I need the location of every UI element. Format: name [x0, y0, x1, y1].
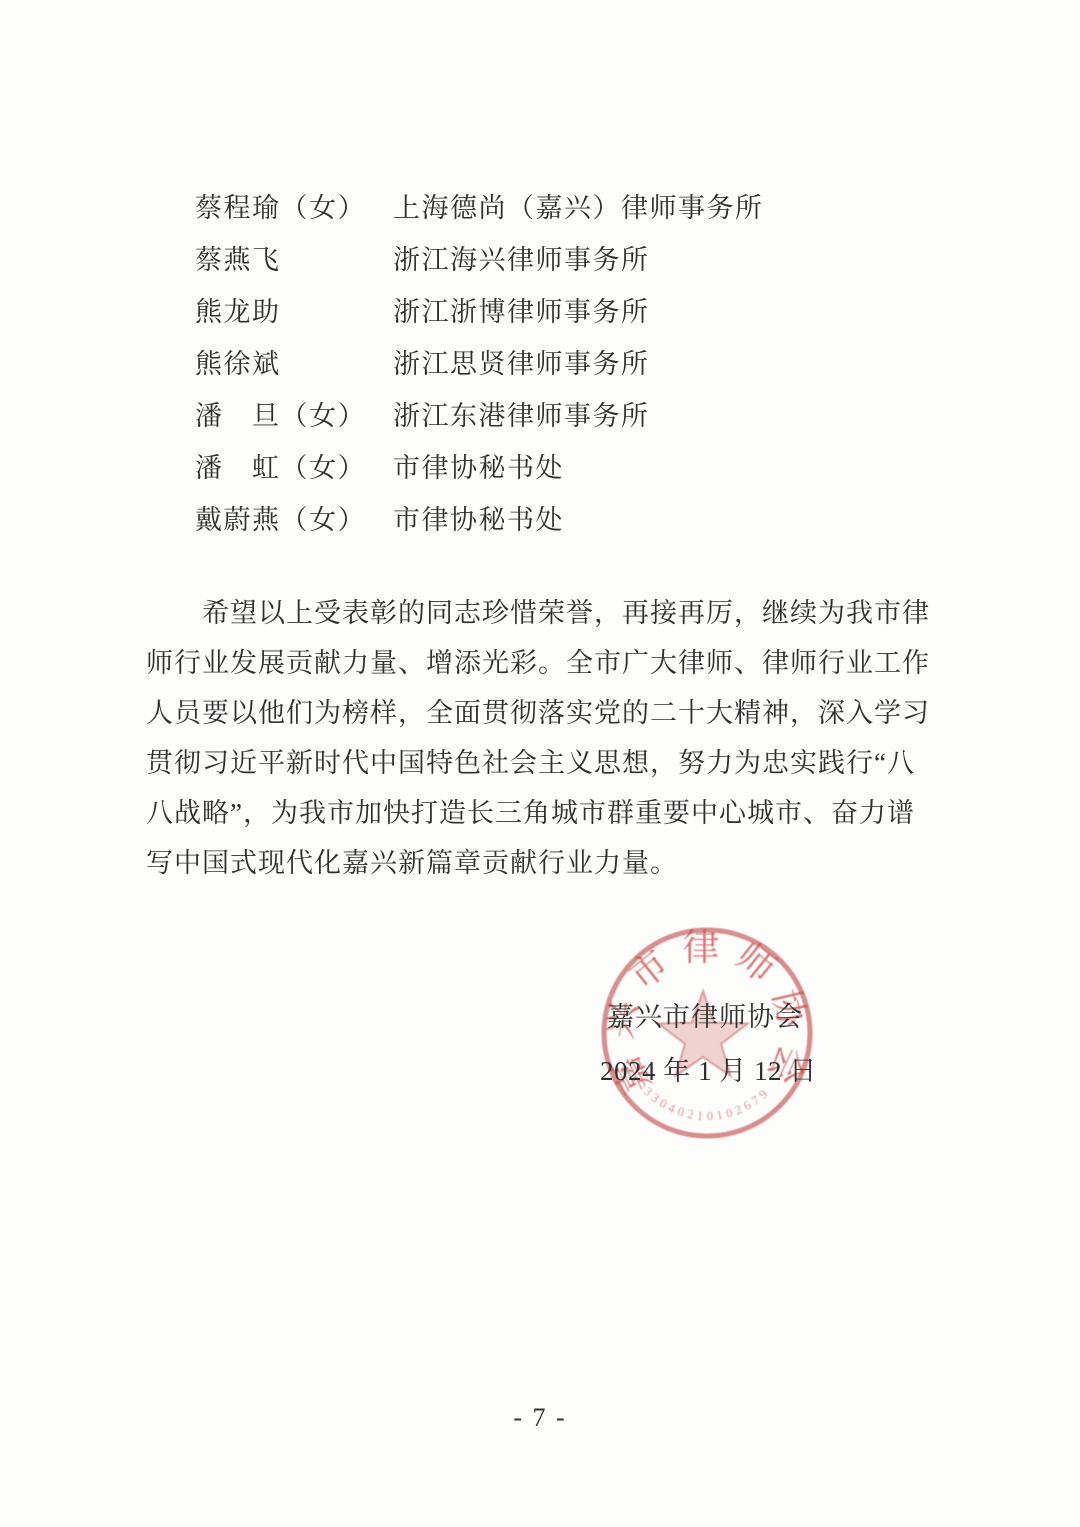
person-name: 潘 旦（女） — [195, 390, 393, 442]
roster-row: 蔡程瑜（女） 上海德尚（嘉兴）律师事务所 — [195, 182, 764, 234]
person-name: 蔡程瑜（女） — [195, 182, 393, 234]
paragraph-line: 贯彻习近平新时代中国特色社会主义思想，努力为忠实践行“八 — [146, 738, 946, 788]
law-firm: 市律协秘书处 — [393, 442, 564, 494]
person-name: 蔡燕飞 — [195, 234, 393, 286]
law-firm: 市律协秘书处 — [393, 494, 564, 546]
roster-row: 戴蔚燕（女） 市律协秘书处 — [195, 494, 764, 546]
law-firm: 浙江东港律师事务所 — [393, 390, 650, 442]
page-number: - 7 - — [0, 1402, 1080, 1434]
person-name: 熊徐斌 — [195, 338, 393, 390]
signature-organization: 嘉兴市律师协会 — [607, 1000, 803, 1034]
paragraph-line: 师行业发展贡献力量、增添光彩。全市广大律师、律师行业工作 — [146, 638, 946, 688]
closing-paragraph: 希望以上受表彰的同志珍惜荣誉，再接再厉，继续为我市律 师行业发展贡献力量、增添光… — [146, 588, 946, 888]
paragraph-line: 八战略”，为我市加快打造长三角城市群重要中心城市、奋力谱 — [146, 788, 946, 838]
paragraph-line: 人员要以他们为榜样，全面贯彻落实党的二十大精神，深入学习 — [146, 688, 946, 738]
roster-row: 蔡燕飞 浙江海兴律师事务所 — [195, 234, 764, 286]
law-firm: 上海德尚（嘉兴）律师事务所 — [393, 182, 764, 234]
roster-row: 潘 虹（女） 市律协秘书处 — [195, 442, 764, 494]
roster-row: 熊徐斌 浙江思贤律师事务所 — [195, 338, 764, 390]
law-firm: 浙江浙博律师事务所 — [393, 286, 650, 338]
roster-row: 潘 旦（女） 浙江东港律师事务所 — [195, 390, 764, 442]
paragraph-line: 写中国式现代化嘉兴新篇章贡献行业力量。 — [146, 838, 946, 888]
person-name: 熊龙助 — [195, 286, 393, 338]
document-page: 蔡程瑜（女） 上海德尚（嘉兴）律师事务所 蔡燕飞 浙江海兴律师事务所 熊龙助 浙… — [0, 0, 1080, 1527]
person-name: 潘 虹（女） — [195, 442, 393, 494]
seal-serial-number: 33040210102679 — [641, 1084, 773, 1123]
person-name: 戴蔚燕（女） — [195, 494, 393, 546]
paragraph-line: 希望以上受表彰的同志珍惜荣誉，再接再厉，继续为我市律 — [146, 588, 946, 638]
law-firm: 浙江海兴律师事务所 — [393, 234, 650, 286]
law-firm: 浙江思贤律师事务所 — [393, 338, 650, 390]
signature-date: 2024 年 1 月 12 日 — [600, 1053, 817, 1089]
roster-row: 熊龙助 浙江浙博律师事务所 — [195, 286, 764, 338]
award-roster: 蔡程瑜（女） 上海德尚（嘉兴）律师事务所 蔡燕飞 浙江海兴律师事务所 熊龙助 浙… — [195, 182, 764, 546]
